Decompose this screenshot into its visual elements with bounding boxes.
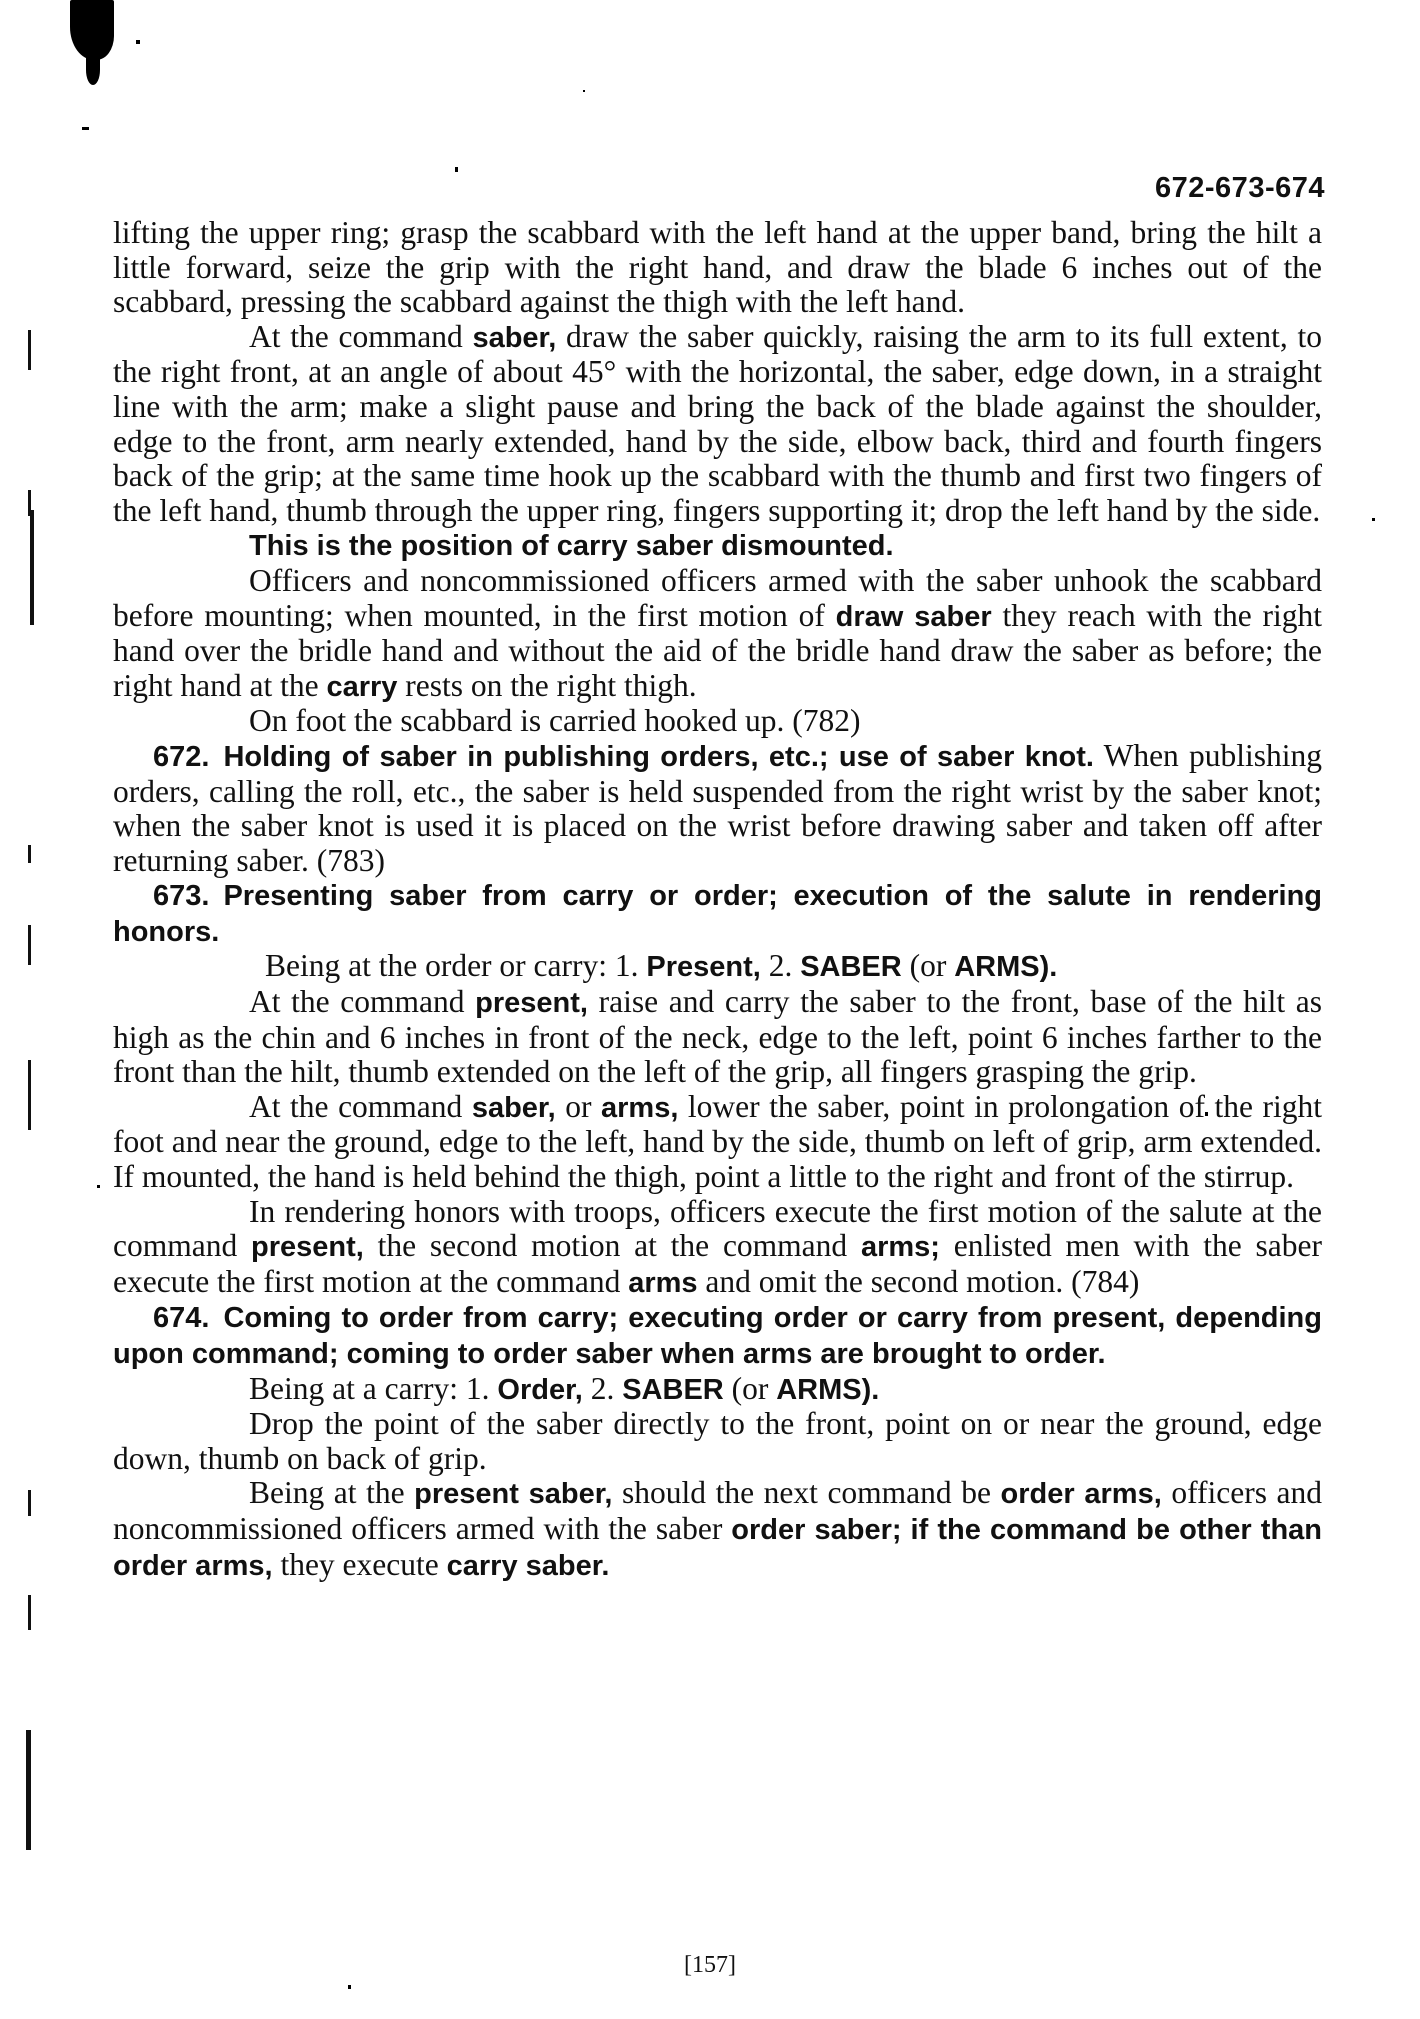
command-term: carry — [326, 671, 397, 703]
command-term: present, — [251, 1231, 364, 1263]
command-term: order arms, — [113, 1550, 273, 1582]
paragraph-draw-saber: At the command saber, draw the saber qui… — [113, 320, 1322, 529]
section-heading: Presenting saber from carry or order; ex… — [113, 880, 1322, 948]
command-term: carry saber. — [447, 1550, 610, 1582]
scan-speck — [455, 167, 458, 172]
section-number: 672. — [153, 741, 209, 773]
section-heading: Coming to order from carry; executing or… — [113, 1302, 1322, 1370]
margin-mark — [30, 510, 34, 625]
scan-ink-blot — [70, 0, 114, 60]
command-line-present-saber: Being at the order or carry: 1. Present,… — [113, 949, 1322, 985]
running-head-section-numbers: 672-673-674 — [1155, 172, 1325, 205]
paragraph-position-statement: This is the position of carry saber dism… — [113, 528, 1322, 564]
command-term: saber, — [472, 322, 556, 354]
margin-mark — [26, 1730, 31, 1850]
section-heading: Holding of saber in publishing orders, e… — [223, 741, 1094, 773]
margin-mark — [28, 845, 31, 863]
paragraph-rendering-honors: In rendering honors with troops, officer… — [113, 1195, 1322, 1301]
section-number: 674. — [153, 1302, 209, 1334]
margin-mark — [28, 1595, 31, 1630]
margin-mark — [28, 1490, 31, 1516]
command-term: saber, — [472, 1092, 556, 1124]
command-term: arms; — [861, 1231, 940, 1263]
page-number: [157] — [0, 1952, 1420, 1979]
section-672: 672.Holding of saber in publishing order… — [113, 739, 1322, 878]
paragraph-drop-point: Drop the point of the saber directly to … — [113, 1407, 1322, 1476]
paragraph-present-command: At the command present, raise and carry … — [113, 985, 1322, 1090]
page-body: lifting the upper ring; grasp the scabba… — [113, 216, 1322, 1583]
scan-ink-blot-tail — [86, 55, 100, 85]
scan-speck — [82, 127, 89, 130]
margin-mark — [28, 1060, 31, 1130]
margin-mark — [28, 330, 31, 370]
scan-speck — [97, 1185, 100, 1188]
margin-mark — [28, 925, 31, 965]
paragraph-on-foot: On foot the scabbard is carried hooked u… — [113, 704, 1322, 739]
command-term: present saber, — [414, 1478, 612, 1510]
section-674-heading: 674.Coming to order from carry; executin… — [113, 1300, 1322, 1371]
section-number: 673. — [153, 880, 209, 912]
command-term: arms, — [601, 1092, 678, 1124]
paragraph-mounted-officers: Officers and noncommissioned officers ar… — [113, 564, 1322, 704]
command-term: arms — [628, 1267, 697, 1299]
paragraph-present-to-order: Being at the present saber, should the n… — [113, 1476, 1322, 1583]
scan-speck — [583, 90, 585, 92]
paragraph-continuation: lifting the upper ring; grasp the scabba… — [113, 216, 1322, 320]
command-term: order saber; — [731, 1514, 901, 1546]
scan-speck — [1372, 518, 1375, 521]
command-term: draw saber — [836, 601, 992, 633]
command-term: present, — [475, 987, 588, 1019]
section-673-heading: 673.Presenting saber from carry or order… — [113, 878, 1322, 949]
scan-speck — [348, 1985, 351, 1989]
scan-speck — [136, 40, 140, 44]
paragraph-saber-arms-command: At the command saber, or arms, lower the… — [113, 1090, 1322, 1195]
command-line-order-saber: Being at a carry: 1. Order, 2. SABER (or… — [113, 1372, 1322, 1408]
emphasis-statement: This is the position of carry saber dism… — [249, 530, 894, 562]
command-term: order arms, — [1001, 1478, 1162, 1510]
